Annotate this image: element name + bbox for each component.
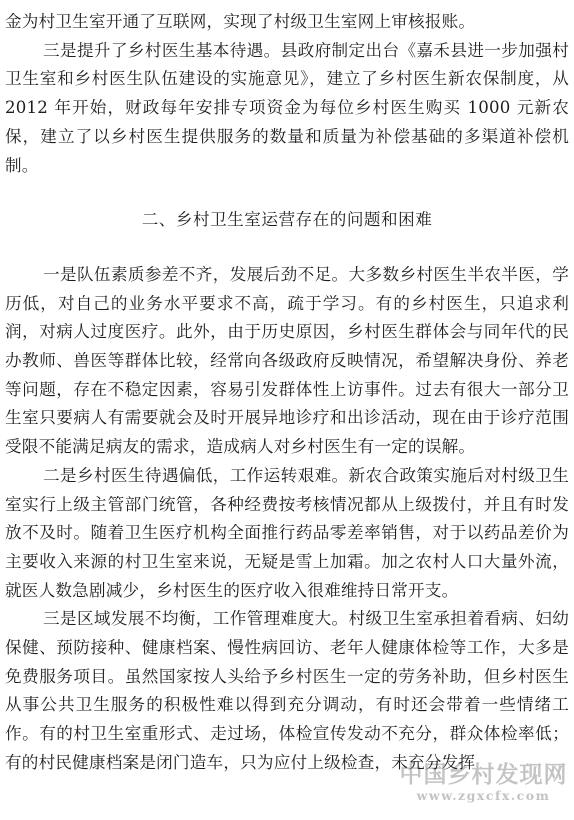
paragraph-issue-one-team-quality: 一是队伍素质参差不齐，发展后劲不足。大多数乡村医生半农半医，学历低，对自己的业务… [5, 261, 569, 462]
document-page: 中国乡村发现网 www.zgxcfx.com 金为村卫生室开通了互联网，实现了村… [0, 0, 574, 820]
paragraph-point-three-benefits: 三是提升了乡村医生基本待遇。县政府制定出台《嘉禾县进一步加强村卫生室和乡村医生队… [5, 37, 569, 181]
watermark-site-url: www.zgxcfx.com [393, 788, 574, 803]
paragraph-issue-three-regional-imbalance: 三是区域发展不均衡，工作管理难度大。村级卫生室承担着看病、妇幼保健、预防接种、健… [5, 605, 569, 777]
paragraph-continuation-internet-reporting: 金为村卫生室开通了互联网，实现了村级卫生室网上审核报账。 [5, 8, 569, 37]
document-content: 金为村卫生室开通了互联网，实现了村级卫生室网上审核报账。 三是提升了乡村医生基本… [0, 0, 574, 778]
section-heading-problems-difficulties: 二、乡村卫生室运营存在的问题和困难 [5, 206, 569, 235]
paragraph-issue-two-low-pay: 二是乡村医生待遇偏低，工作运转艰难。新农合政策实施后对村级卫生室实行上级主管部门… [5, 462, 569, 606]
